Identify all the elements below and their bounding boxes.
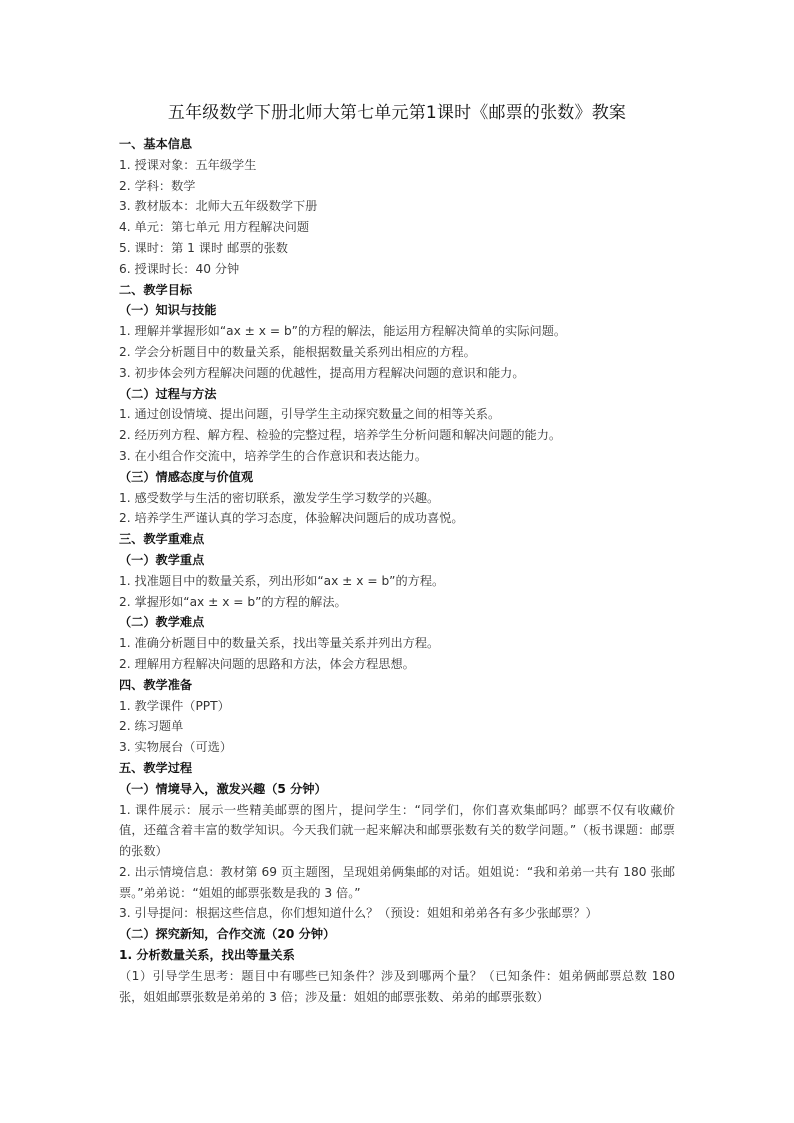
subsection-heading: （一）情境导入，激发兴趣（5 分钟） bbox=[119, 779, 675, 800]
paragraph: 5. 课时：第 1 课时 邮票的张数 bbox=[119, 238, 675, 259]
section-heading: 四、教学准备 bbox=[119, 675, 675, 696]
paragraph: 4. 单元：第七单元 用方程解决问题 bbox=[119, 217, 675, 238]
section-heading: 三、教学重难点 bbox=[119, 529, 675, 550]
paragraph: 2. 出示情境信息：教材第 69 页主题图，呈现姐弟俩集邮的对话。姐姐说：“我和… bbox=[119, 862, 675, 904]
paragraph: 1. 感受数学与生活的密切联系，激发学生学习数学的兴趣。 bbox=[119, 488, 675, 509]
paragraph: 1. 通过创设情境、提出问题，引导学生主动探究数量之间的相等关系。 bbox=[119, 404, 675, 425]
subsection-heading: （三）情感态度与价值观 bbox=[119, 467, 675, 488]
subsection-heading: （二）过程与方法 bbox=[119, 384, 675, 405]
section-heading: 一、基本信息 bbox=[119, 134, 675, 155]
document-title: 五年级数学下册北师大第七单元第1课时《邮票的张数》教案 bbox=[109, 100, 685, 126]
subsection-heading: （二）教学难点 bbox=[119, 612, 675, 633]
paragraph: 1. 课件展示：展示一些精美邮票的图片，提问学生：“同学们，你们喜欢集邮吗？邮票… bbox=[119, 800, 675, 862]
paragraph: 2. 学会分析题目中的数量关系，能根据数量关系列出相应的方程。 bbox=[119, 342, 675, 363]
paragraph: 3. 初步体会列方程解决问题的优越性，提高用方程解决问题的意识和能力。 bbox=[119, 363, 675, 384]
paragraph: 6. 授课时长：40 分钟 bbox=[119, 259, 675, 280]
paragraph: 1. 找准题目中的数量关系，列出形如“ax ± x = b”的方程。 bbox=[119, 571, 675, 592]
subsection-heading: （一）知识与技能 bbox=[119, 300, 675, 321]
paragraph: 2. 学科：数学 bbox=[119, 176, 675, 197]
paragraph: 2. 经历列方程、解方程、检验的完整过程，培养学生分析问题和解决问题的能力。 bbox=[119, 425, 675, 446]
document-page: 五年级数学下册北师大第七单元第1课时《邮票的张数》教案 一、基本信息1. 授课对… bbox=[119, 100, 675, 1007]
paragraph: 3. 在小组合作交流中，培养学生的合作意识和表达能力。 bbox=[119, 446, 675, 467]
subsection-heading: （一）教学重点 bbox=[119, 550, 675, 571]
paragraph: 1. 授课对象：五年级学生 bbox=[119, 155, 675, 176]
document-body: 一、基本信息1. 授课对象：五年级学生2. 学科：数学3. 教材版本：北师大五年… bbox=[119, 134, 675, 1007]
paragraph: 1. 理解并掌握形如“ax ± x = b”的方程的解法，能运用方程解决简单的实… bbox=[119, 321, 675, 342]
paragraph: 3. 引导提问：根据这些信息，你们想知道什么？（预设：姐姐和弟弟各有多少张邮票？… bbox=[119, 903, 675, 924]
paragraph: 3. 实物展台（可选） bbox=[119, 737, 675, 758]
section-heading: 二、教学目标 bbox=[119, 280, 675, 301]
paragraph: 1. 准确分析题目中的数量关系，找出等量关系并列出方程。 bbox=[119, 633, 675, 654]
paragraph: 2. 练习题单 bbox=[119, 716, 675, 737]
paragraph: 1. 教学课件（PPT） bbox=[119, 696, 675, 717]
subsection-heading: （二）探究新知，合作交流（20 分钟） bbox=[119, 924, 675, 945]
paragraph: 2. 培养学生严谨认真的学习态度，体验解决问题后的成功喜悦。 bbox=[119, 508, 675, 529]
paragraph: （1）引导学生思考：题目中有哪些已知条件？涉及到哪两个量？（已知条件：姐弟俩邮票… bbox=[119, 966, 675, 1008]
section-heading: 五、教学过程 bbox=[119, 758, 675, 779]
paragraph: 2. 掌握形如“ax ± x = b”的方程的解法。 bbox=[119, 592, 675, 613]
subsection-heading: 1. 分析数量关系，找出等量关系 bbox=[119, 945, 675, 966]
paragraph: 2. 理解用方程解决问题的思路和方法，体会方程思想。 bbox=[119, 654, 675, 675]
paragraph: 3. 教材版本：北师大五年级数学下册 bbox=[119, 196, 675, 217]
